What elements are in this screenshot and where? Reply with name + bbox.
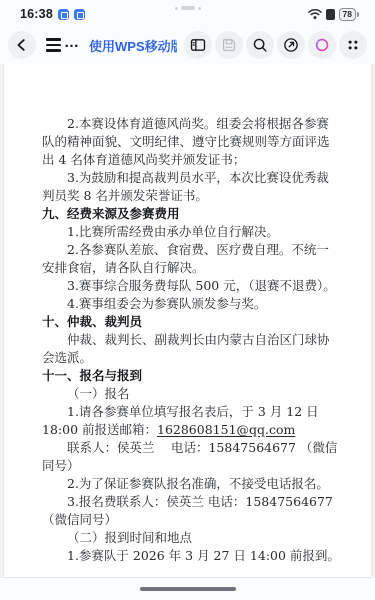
doc-heading: 十、仲裁、裁判员 <box>42 313 341 331</box>
doc-heading: 十一、报名与报到 <box>42 367 341 385</box>
open-with-wps-button[interactable]: 使用WPS移动版打开 <box>85 36 177 55</box>
document-viewport: 2.本赛设体育道德风尚奖。组委会将根据各参赛队的精神面貌、文明纪律、遵守比赛规则… <box>0 64 375 600</box>
save-icon <box>220 36 238 54</box>
status-time: 16:38 <box>20 7 53 21</box>
doc-paragraph: 1.比赛所需经费由承办单位自行解决。 <box>42 223 341 241</box>
doc-paragraph: （二）报到时间和地点 <box>42 529 341 547</box>
back-button[interactable] <box>8 31 36 59</box>
doc-paragraph: 3.报名费联系人：侯英兰 电话：15847564677 （微信同号） <box>42 493 341 529</box>
doc-paragraph: 3.赛事综合服务费每队 500 元，（退赛不退费）。 <box>42 277 341 295</box>
doc-paragraph: 1.请各参赛单位填写报名表后，于 3 月 12 日 18:00 前报送邮箱：16… <box>42 403 341 439</box>
doc-paragraph: 2.为了保证参赛队报名准确，不接受电话报名。 <box>42 475 341 493</box>
title-ellipsis: … <box>64 38 79 48</box>
more-grid-icon <box>344 36 362 54</box>
toolbar-actions <box>183 31 367 59</box>
notification-app-icon <box>58 9 69 20</box>
battery-icon: 78 <box>339 8 359 21</box>
battery-saver-icon <box>326 9 335 20</box>
jump-to-button[interactable] <box>277 31 305 59</box>
jump-to-icon <box>282 36 300 54</box>
doc-paragraph: 2.各参赛队差旅、食宿费、医疗费自理。不统一安排食宿，请各队自行解决。 <box>42 241 341 277</box>
search-button[interactable] <box>246 31 274 59</box>
doc-heading: 九、经费来源及参赛费用 <box>42 205 341 223</box>
chevron-left-icon <box>13 36 31 54</box>
ai-assistant-button[interactable] <box>308 31 336 59</box>
doc-paragraph: 仲裁、裁判长、副裁判长由内蒙古自治区门球协会选派。 <box>42 331 341 367</box>
status-bar: 16:38 78 <box>0 0 375 26</box>
home-indicator[interactable] <box>140 587 236 591</box>
document-page[interactable]: 2.本赛设体育道德风尚奖。组委会将根据各参赛队的精神面貌、文明纪律、遵守比赛规则… <box>3 64 372 578</box>
search-icon <box>251 36 269 54</box>
document-title-menu[interactable]: … <box>46 38 79 51</box>
toolbar: … 使用WPS移动版打开 <box>0 26 375 64</box>
battery-percent: 78 <box>339 8 356 21</box>
doc-paragraph: 2.本赛设体育道德风尚奖。组委会将根据各参赛队的精神面貌、文明纪律、遵守比赛规则… <box>42 115 341 169</box>
document-body: 2.本赛设体育道德风尚奖。组委会将根据各参赛队的精神面貌、文明纪律、遵守比赛规则… <box>4 64 371 565</box>
outline-view-icon <box>189 36 207 54</box>
email-link[interactable]: 1628608151@qq.com <box>157 422 295 437</box>
doc-paragraph: 联系人：侯英兰 电话：15847564677 （微信同号） <box>42 439 341 475</box>
wifi-icon <box>308 8 322 20</box>
menu-icon <box>46 38 61 51</box>
save-button[interactable] <box>215 31 243 59</box>
ai-assistant-icon <box>313 36 331 54</box>
more-menu-button[interactable] <box>339 31 367 59</box>
notification-app-icon <box>74 9 85 20</box>
doc-paragraph: 1.参赛队于 2026 年 3 月 27 日 14:00 前报到。 <box>42 547 341 565</box>
doc-paragraph: 4.赛事组委会为参赛队颁发参与奖。 <box>42 295 341 313</box>
bottom-bar <box>0 578 375 600</box>
doc-paragraph: （一）报名 <box>42 385 341 403</box>
outline-view-button[interactable] <box>184 31 212 59</box>
camera-cutout <box>175 6 201 10</box>
doc-paragraph: 3.为鼓励和提高裁判员水平，本次比赛设优秀裁判员奖 8 名并颁发荣誉证书。 <box>42 169 341 205</box>
